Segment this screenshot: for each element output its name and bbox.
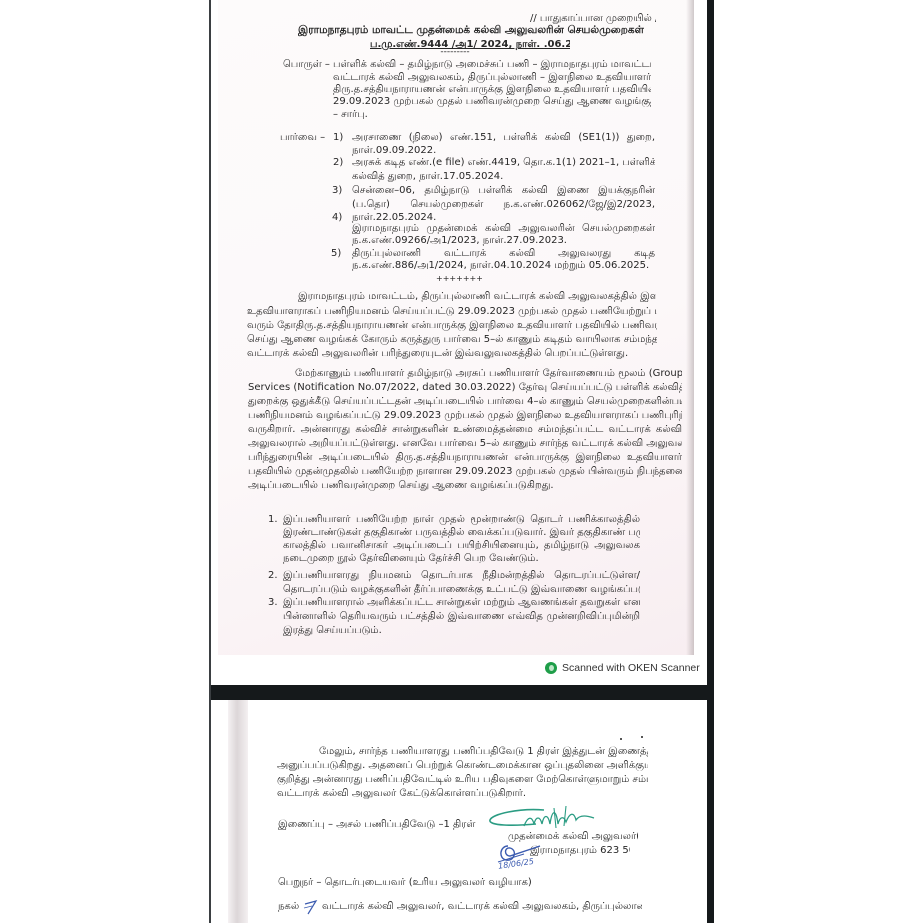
reference-item-number: 3)	[332, 184, 348, 197]
closing-paragraph-line: அனுப்பப்படுகிறது. அதனைப் பெற்றுக் கொண்டம…	[277, 759, 648, 772]
oken-scanner-logo-icon	[545, 662, 557, 674]
subject-label: பொருள் –	[283, 58, 331, 71]
reference-item-number: 5)	[331, 247, 347, 260]
viewer-right-border	[707, 0, 714, 923]
subject-line: – சார்பு.	[333, 108, 651, 121]
body-paragraph-line: வருகிறார். அன்னாரது கல்விச் சான்றுகளின் …	[248, 423, 682, 436]
scanner-watermark-label: Scanned with OKEN Scanner	[562, 662, 700, 674]
condition-line: பின்னாளில் தெரியவரும் பட்சத்தில் இவ்வாணை…	[283, 610, 640, 623]
copy-tick-mark-icon	[302, 896, 322, 916]
condition-line: இரத்து செய்யப்படும்.	[283, 624, 640, 637]
body-paragraph-line: பணிநியமனம் வழங்கப்பட்டு 29.09.2023 முற்ப…	[248, 409, 682, 422]
scan-fold-shadow	[228, 700, 248, 923]
scanner-watermark: Scanned with OKEN Scanner	[545, 661, 700, 675]
scan-speck	[620, 738, 622, 740]
body-paragraph-line: Services (Notification No.07/2022, dated…	[248, 381, 682, 394]
reference-item-text: கல்வித் துறை, நாள்.17.05.2024.	[352, 170, 655, 183]
condition-line: தொடரப்படும் வழக்குகளின் தீர்ப்பாணைக்கு உ…	[283, 583, 640, 596]
body-paragraph-line: உதவியாளராகப் பணிநியமனம் செய்யப்பட்டு 29.…	[247, 305, 657, 318]
scan-speck	[641, 736, 643, 738]
body-paragraph-line: வரும் தோதிரு.த.சத்தியநாராயணன் என்பாருக்க…	[247, 319, 657, 332]
body-paragraph-line: துறைக்கு ஒதுக்கீடு செய்யப்பட்டதன் அடிப்ப…	[248, 395, 682, 408]
reference-item-text: ந.க.எண்.09266/அ1/2023, நாள்.27.09.2023.	[352, 234, 655, 247]
reference-item-number: 4)	[332, 211, 348, 224]
condition-number: 3.	[268, 596, 282, 609]
reference-item-text: (ப.தொ) செயல்முறைகள் ந.க.எண்.026062/ஜே/இ2…	[352, 198, 655, 211]
page-gap-divider	[211, 685, 714, 700]
body-paragraph-line: செய்து ஆணை வழங்கக் கோரும் கருத்துரு பார்…	[247, 333, 657, 346]
document-title: இராமநாதபுரம் மாவட்ட முதன்மைக் கல்வி அலுவ…	[298, 24, 644, 37]
condition-line: இரண்டாண்டுகள் தகுதிகாண் பருவத்தில் வைக்க…	[283, 526, 640, 539]
references-end-mark: +++++++	[436, 272, 482, 285]
condition-line: இப்பணியாளரால் அளிக்கப்பட்ட சான்றுகள் மற்…	[283, 596, 640, 609]
reference-item-number: 1)	[333, 131, 349, 144]
copy-label: நகல்	[278, 900, 304, 913]
scan-edge-shadow	[686, 0, 694, 655]
closing-paragraph-line: வட்டாரக் கல்வி அலுவலர் கேட்டுக்கொள்ளப்பட…	[277, 787, 648, 800]
subject-line: 29.09.2023 முற்பகல் முதல் பணிவரன்முறை செ…	[333, 95, 651, 108]
reference-item-text: ந.க.எண்.886/அ1/2024, நாள்.04.10.2024 மற்…	[352, 259, 655, 272]
closing-paragraph-line: குறித்து அன்னாரது பணிப்பதிவேட்டில் உரிய …	[277, 773, 648, 786]
reference-item-text: சென்னை–06, தமிழ்நாடு பள்ளிக் கல்வி இணை இ…	[352, 184, 655, 197]
body-paragraph-line: அலுவலரால் அறியப்பட்டுள்ளது. எனவே பார்வை …	[248, 437, 682, 450]
body-paragraph-line: பதவியில் முதன்முதலில் பணியேற்ற நாளான 29.…	[248, 465, 682, 478]
subject-line: பள்ளிக் கல்வி – தமிழ்நாடு அமைச்சுப் பணி …	[333, 58, 651, 71]
references-label: பார்வை –	[280, 131, 330, 144]
body-paragraph-line: மேற்காணும் பணியாளர் தமிழ்நாடு அரசுப் பணி…	[295, 367, 682, 380]
condition-number: 2.	[268, 569, 282, 582]
condition-line: இப்பணியாளரது நியமனம் தொடர்பாக நீதிமன்றத்…	[283, 569, 640, 582]
enclosure-note: இணைப்பு – அசல் பணிப்பதிவேடு –1 திரள்	[278, 818, 478, 831]
condition-line: காலத்தில் பவானிசாகர் அடிப்படைப் பயிற்சிய…	[283, 539, 640, 552]
condition-line: நடைமுறை நூல் தேர்வினையும் தேர்ச்சி பெற வ…	[283, 552, 640, 565]
reference-item-number: 2)	[333, 156, 349, 169]
condition-line: இப்பணியாளர் பணியேற்ற நாள் முதல் மூன்றாண்…	[283, 513, 640, 526]
body-paragraph-line: வட்டாரக் கல்வி அலுவலரின் பரிந்துரையுடன் …	[247, 347, 657, 360]
body-paragraph-line: பரிந்துரையின் அடிப்படையில் திரு.த.சத்திய…	[248, 451, 682, 464]
reference-item-text: அரசுக் கடித எண்.(e file) எண்.4419, தொ.க.…	[352, 156, 655, 169]
recipient-line: பெறுநர் – தொடர்புடையவர் (உரிய அலுவலர் வழ…	[278, 876, 538, 889]
copy-recipient-text: வட்டாரக் கல்வி அலுவலர், வட்டாரக் கல்வி அ…	[322, 900, 642, 913]
body-paragraph-line: இராமநாதபுரம் மாவட்டம், திருப்புல்லாணி வட…	[298, 290, 656, 303]
document-page-2	[211, 700, 707, 923]
body-paragraph-line: அடிப்படையில் பணிவரன்முறை செய்து ஆணை வழங்…	[248, 479, 682, 492]
condition-number: 1.	[268, 513, 282, 526]
reference-item-text: அரசாணை (நிலை) எண்.151, பள்ளிக் கல்வி (SE…	[352, 131, 655, 144]
closing-paragraph-line: மேலும், சார்ந்த பணியாளரது பணிப்பதிவேடு 1…	[319, 745, 648, 758]
